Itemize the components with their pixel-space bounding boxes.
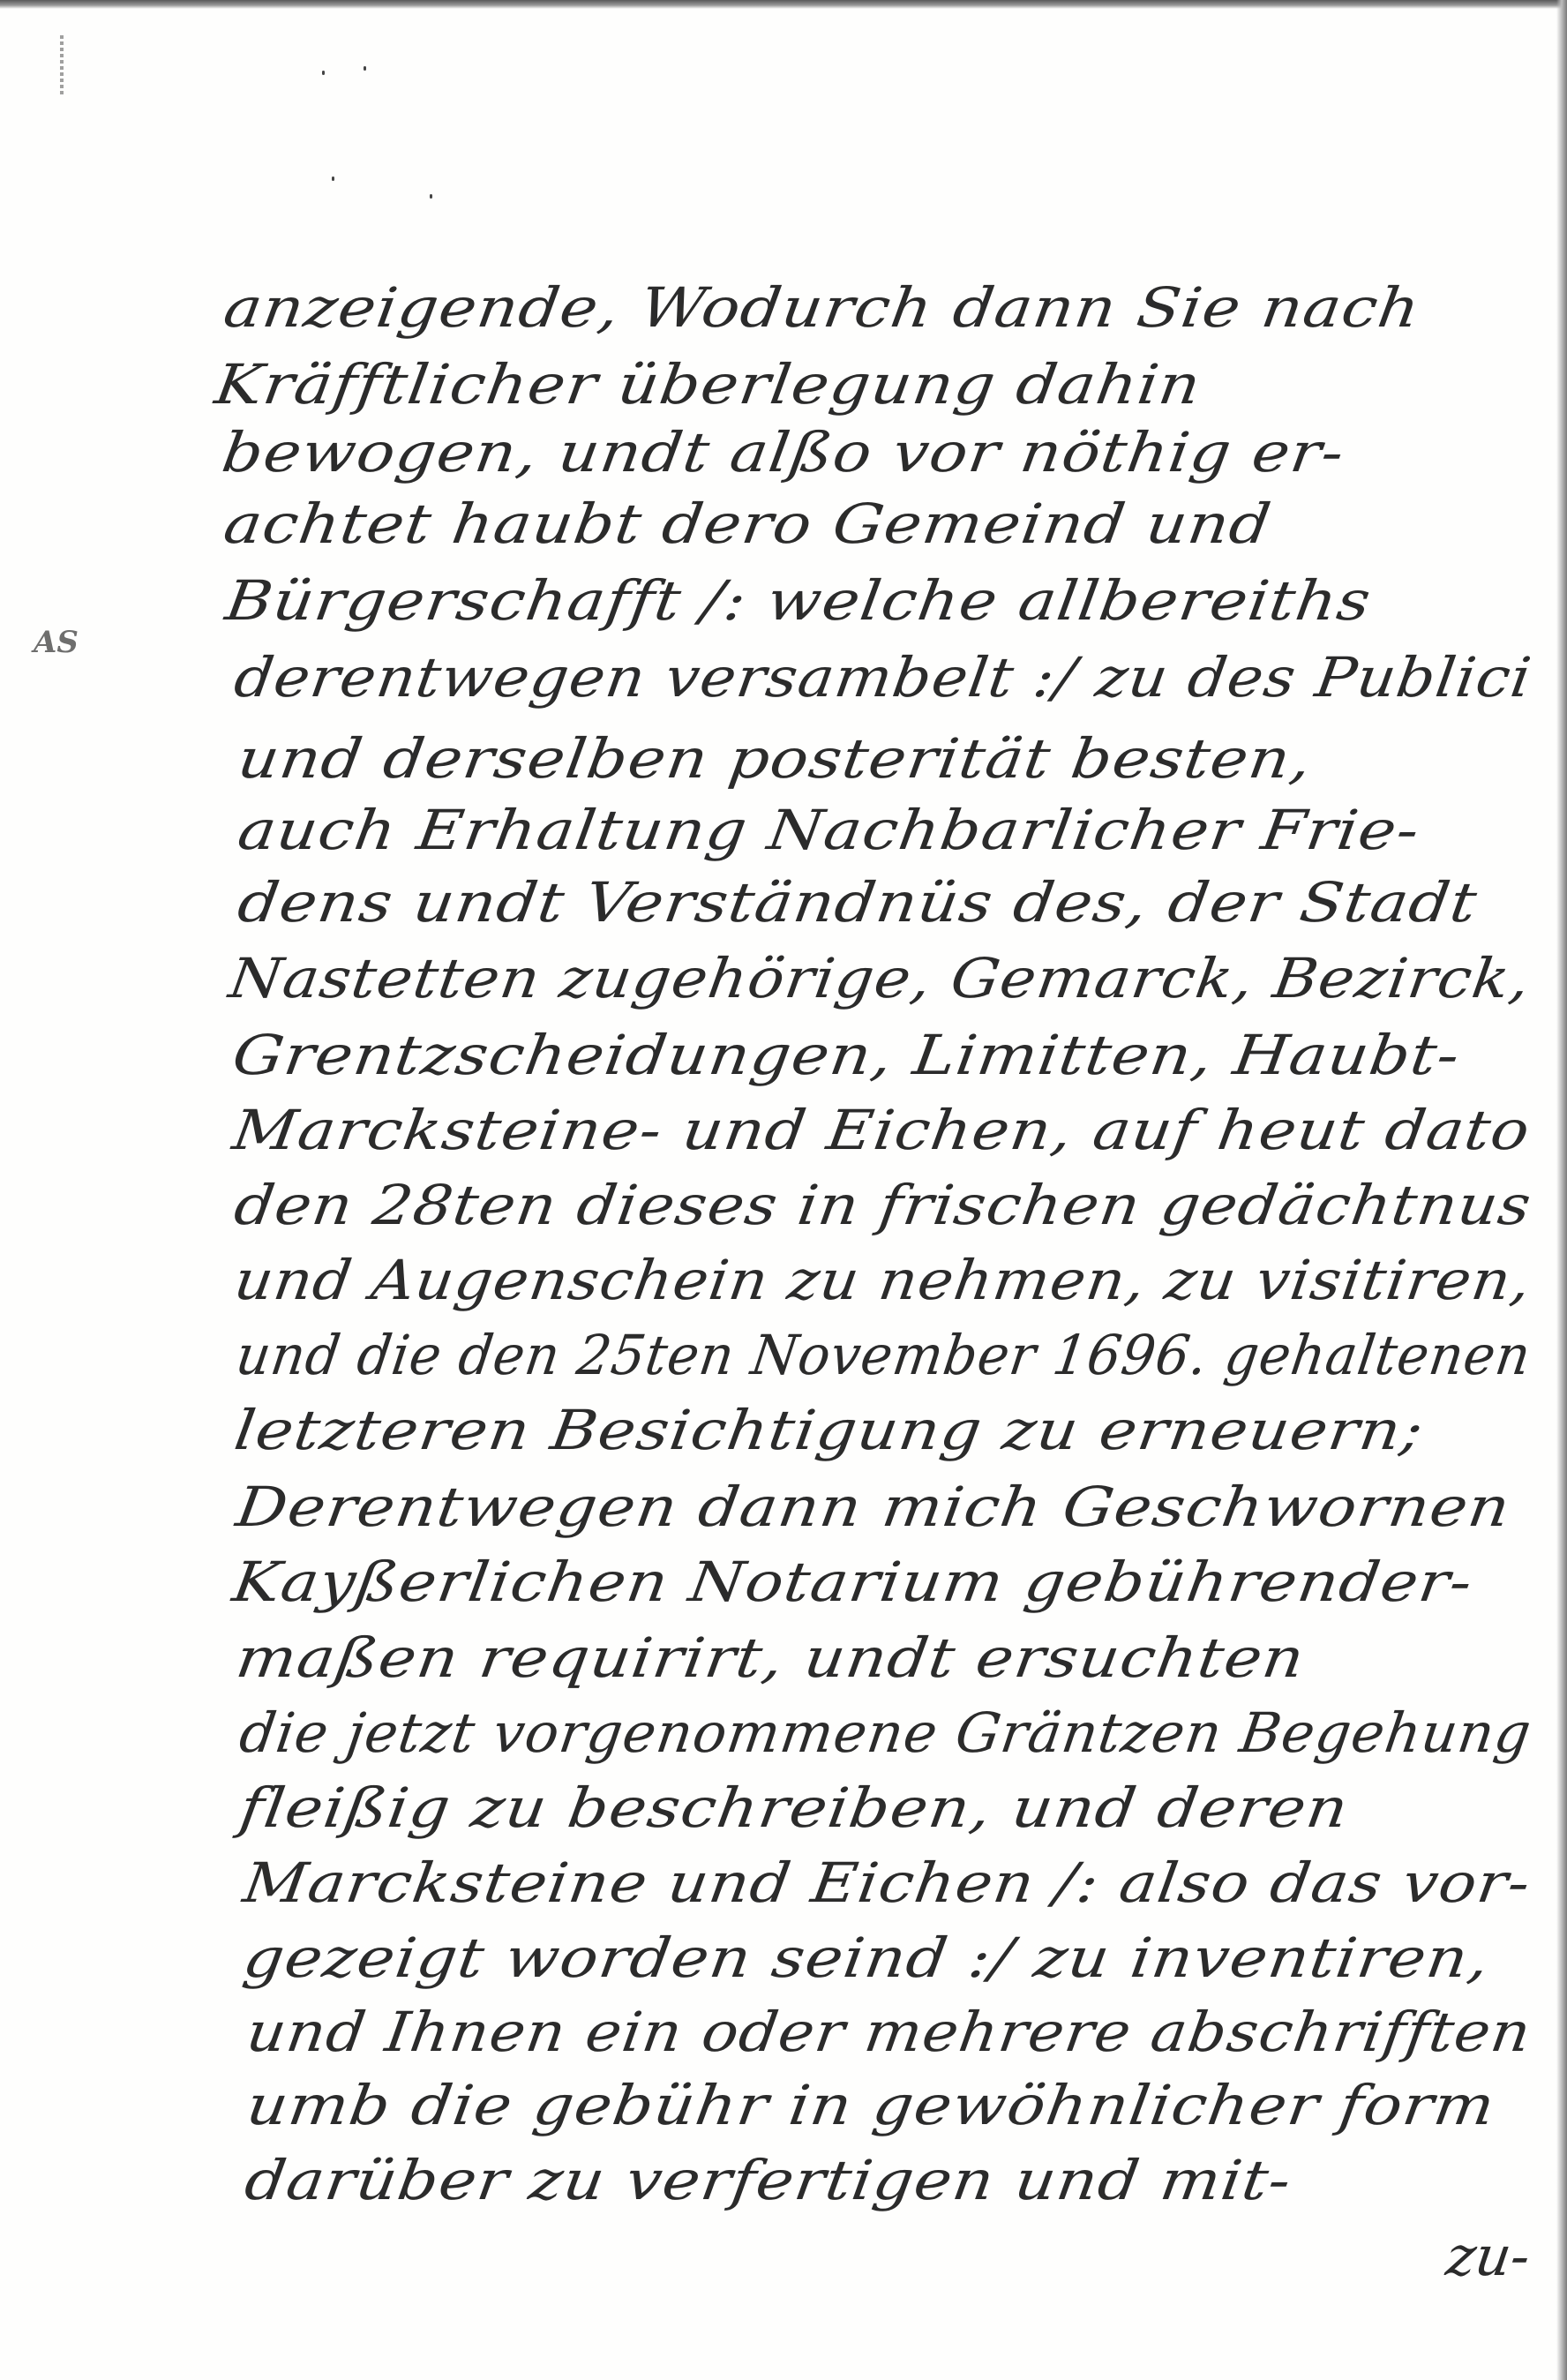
text-line-7: und derselben posterität besten, — [235, 732, 1316, 786]
text-line-10: Nastetten zugehörige, Gemarck, Bezirck, — [226, 951, 1533, 1006]
text-line-12: Marcksteine- und Eichen, auf heut dato — [229, 1103, 1533, 1158]
ink-speck — [430, 194, 432, 199]
text-line-17: Derentwegen dann mich Geschwornen — [233, 1480, 1514, 1535]
text-line-16: letzteren Besichtigung zu erneuern; — [231, 1403, 1428, 1458]
text-line-26: darüber zu verfertigen und mit- — [242, 2153, 1295, 2208]
text-line-15: und die den 25ten November 1696. gehalte… — [233, 1328, 1534, 1383]
ink-speck — [332, 176, 334, 181]
margin-mark: AS — [34, 625, 79, 660]
text-line-13: den 28ten dieses in frischen gedächtnus — [231, 1178, 1535, 1233]
scan-edge-right — [1556, 0, 1567, 2380]
text-line-18: Kayßerlichen Notarium gebührender- — [229, 1555, 1476, 1610]
scan-edge-top — [0, 0, 1567, 9]
text-line-14: und Augenschein zu nehmen, zu visitiren, — [231, 1253, 1534, 1308]
text-line-11: Grentzscheidungen, Limitten, Haubt- — [229, 1028, 1464, 1083]
text-line-4: achtet haubt dero Gemeind und — [221, 497, 1275, 552]
text-line-6: derentwegen versambelt :/ zu des Publici — [231, 650, 1535, 705]
text-line-9: dens undt Verständnüs des, der Stadt — [235, 875, 1481, 930]
text-line-21: fleißig zu beschreiben, und deren — [236, 1781, 1352, 1836]
text-line-23: gezeigt worden seind :/ zu inventiren, — [240, 1931, 1493, 1986]
text-line-2: Kräfftlicher überlegung dahin — [212, 357, 1204, 412]
text-line-3: bewogen, undt alßo vor nöthig er- — [219, 425, 1348, 480]
text-line-25: umb die gebühr in gewöhnlicher form — [244, 2078, 1499, 2133]
manuscript-page: AS anzeigende, Wodurch dann Sie nach Krä… — [0, 0, 1567, 2380]
text-line-8: auch Erhaltung Nachbarlicher Frie- — [235, 803, 1423, 858]
text-line-20: die jetzt vorgenommene Gräntzen Begehung — [236, 1706, 1535, 1761]
text-line-24: und Ihnen ein oder mehrere abschrifften — [244, 2005, 1534, 2060]
text-line-19: maßen requirirt, undt ersuchten — [233, 1631, 1308, 1686]
binding-stitch-mark — [60, 35, 64, 97]
ink-speck — [364, 66, 366, 71]
catchword: zu- — [1443, 2224, 1534, 2288]
text-line-22: Marcksteine und Eichen /: also das vor- — [240, 1856, 1534, 1911]
text-line-5: Bürgerschafft /: welche allbereiths — [222, 574, 1375, 628]
ink-speck — [322, 71, 325, 75]
text-line-1: anzeigende, Wodurch dann Sie nach — [221, 281, 1424, 335]
